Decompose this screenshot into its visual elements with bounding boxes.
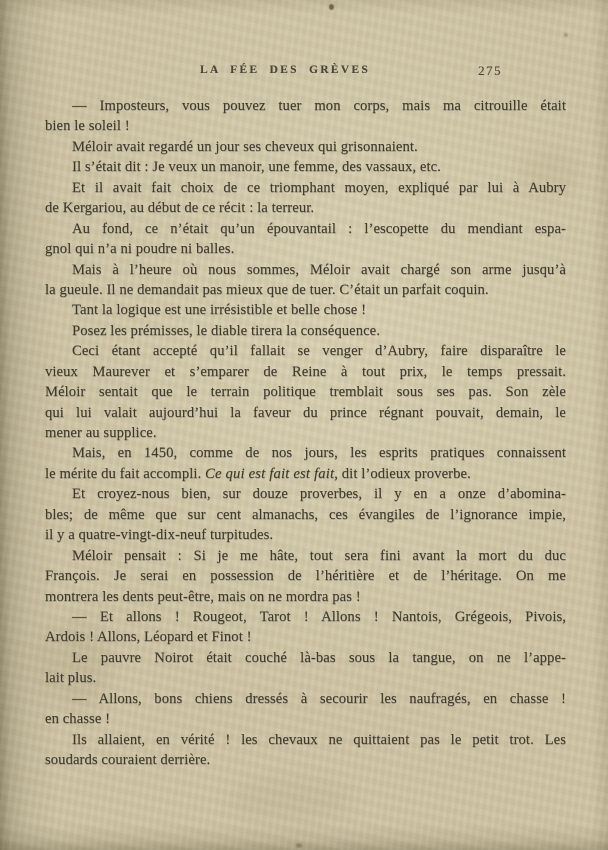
- text-line: Mais, en 1450, comme de nos jours, les e…: [45, 443, 566, 463]
- paper-speck: [564, 33, 568, 37]
- paper-stain: [230, 780, 350, 820]
- text-line: Ardois ! Allons, Léopard et Finot !: [45, 627, 566, 647]
- text-segment: , dit l’odieux proverbe.: [334, 466, 471, 482]
- paragraph: Méloir avait regardé un jour ses cheveux…: [45, 137, 566, 157]
- running-header-title: LA FÉE DES GRÈVES: [45, 64, 525, 76]
- paragraph: Mais à l’heure où nous sommes, Méloir av…: [45, 260, 566, 301]
- text-line: — Allons, bons chiens dressés à secourir…: [45, 689, 566, 709]
- text-line: montrera les dents peut-être, mais on ne…: [45, 587, 566, 607]
- book-page: LA FÉE DES GRÈVES 275 — Imposteurs, vous…: [0, 0, 608, 850]
- text-line: mener au supplice.: [45, 423, 566, 443]
- text-line: Au fond, ce n’était qu’un épouvantail : …: [45, 219, 566, 239]
- italic-text: Ce qui est fait est fait: [205, 466, 334, 482]
- text-segment: le mérite du fait accompli.: [45, 466, 205, 482]
- text-line: bien le soleil !: [45, 116, 566, 136]
- paper-speck: [296, 843, 302, 848]
- paragraph: Et croyez-nous bien, sur douze proverbes…: [45, 484, 566, 545]
- text-line: — Imposteurs, vous pouvez tuer mon corps…: [45, 96, 566, 116]
- text-line: en chasse !: [45, 709, 566, 729]
- text-line: Ceci étant accepté qu’il fallait se veng…: [45, 341, 566, 361]
- paragraph: Il s’était dit : Je veux un manoir, une …: [45, 157, 566, 177]
- text-line: Méloir avait regardé un jour ses cheveux…: [45, 137, 566, 157]
- paragraph: Et il avait fait choix de ce triomphant …: [45, 178, 566, 219]
- text-line: vieux Maurever et s’emparer de Reine à t…: [45, 362, 566, 382]
- paragraph: Ils allaient, en vérité ! les chevaux ne…: [45, 730, 566, 771]
- paragraph: Ceci étant accepté qu’il fallait se veng…: [45, 341, 566, 443]
- paragraph: — Allons, bons chiens dressés à secourir…: [45, 689, 566, 730]
- paragraph: Tant la logique est une irrésistible et …: [45, 300, 566, 320]
- text-line: le mérite du fait accompli. Ce qui est f…: [45, 464, 566, 484]
- text-line: Ils allaient, en vérité ! les chevaux ne…: [45, 730, 566, 750]
- text-line: gnol qui n’a ni poudre ni balles.: [45, 239, 566, 259]
- paragraph: Posez les prémisses, le diable tirera la…: [45, 321, 566, 341]
- text-line: Et croyez-nous bien, sur douze proverbes…: [45, 484, 566, 504]
- paragraph: Mais, en 1450, comme de nos jours, les e…: [45, 443, 566, 484]
- paragraph: Méloir pensait : Si je me hâte, tout ser…: [45, 546, 566, 607]
- text-line: — Et allons ! Rougeot, Tarot ! Allons ! …: [45, 607, 566, 627]
- paragraph: Le pauvre Noirot était couché là-bas sou…: [45, 648, 566, 689]
- text-line: Le pauvre Noirot était couché là-bas sou…: [45, 648, 566, 668]
- text-line: soudards couraient derrière.: [45, 750, 566, 770]
- text-line: Mais à l’heure où nous sommes, Méloir av…: [45, 260, 566, 280]
- text-line: lait plus.: [45, 668, 566, 688]
- text-line: de Kergariou, au début de ce récit : la …: [45, 198, 566, 218]
- page-text: — Imposteurs, vous pouvez tuer mon corps…: [45, 96, 566, 770]
- paragraph: — Et allons ! Rougeot, Tarot ! Allons ! …: [45, 607, 566, 648]
- page-number: 275: [478, 63, 502, 79]
- paper-speck: [329, 4, 334, 10]
- text-line: Méloir pensait : Si je me hâte, tout ser…: [45, 546, 566, 566]
- paragraph: Au fond, ce n’était qu’un épouvantail : …: [45, 219, 566, 260]
- text-line: Tant la logique est une irrésistible et …: [45, 300, 566, 320]
- text-line: bles; de même que sur cent almanachs, ce…: [45, 505, 566, 525]
- text-line: François. Je serai en possession de l’hé…: [45, 566, 566, 586]
- paragraph: — Imposteurs, vous pouvez tuer mon corps…: [45, 96, 566, 137]
- text-line: Méloir sentait que le terrain politique …: [45, 382, 566, 402]
- text-line: Posez les prémisses, le diable tirera la…: [45, 321, 566, 341]
- text-line: il y a quatre-vingt-dix-neuf turpitudes.: [45, 525, 566, 545]
- text-line: Et il avait fait choix de ce triomphant …: [45, 178, 566, 198]
- text-line: qui lui valait aujourd’hui la faveur du …: [45, 403, 566, 423]
- text-line: la gueule. Il ne demandait pas mieux que…: [45, 280, 566, 300]
- running-header: LA FÉE DES GRÈVES 275: [45, 64, 565, 82]
- text-line: Il s’était dit : Je veux un manoir, une …: [45, 157, 566, 177]
